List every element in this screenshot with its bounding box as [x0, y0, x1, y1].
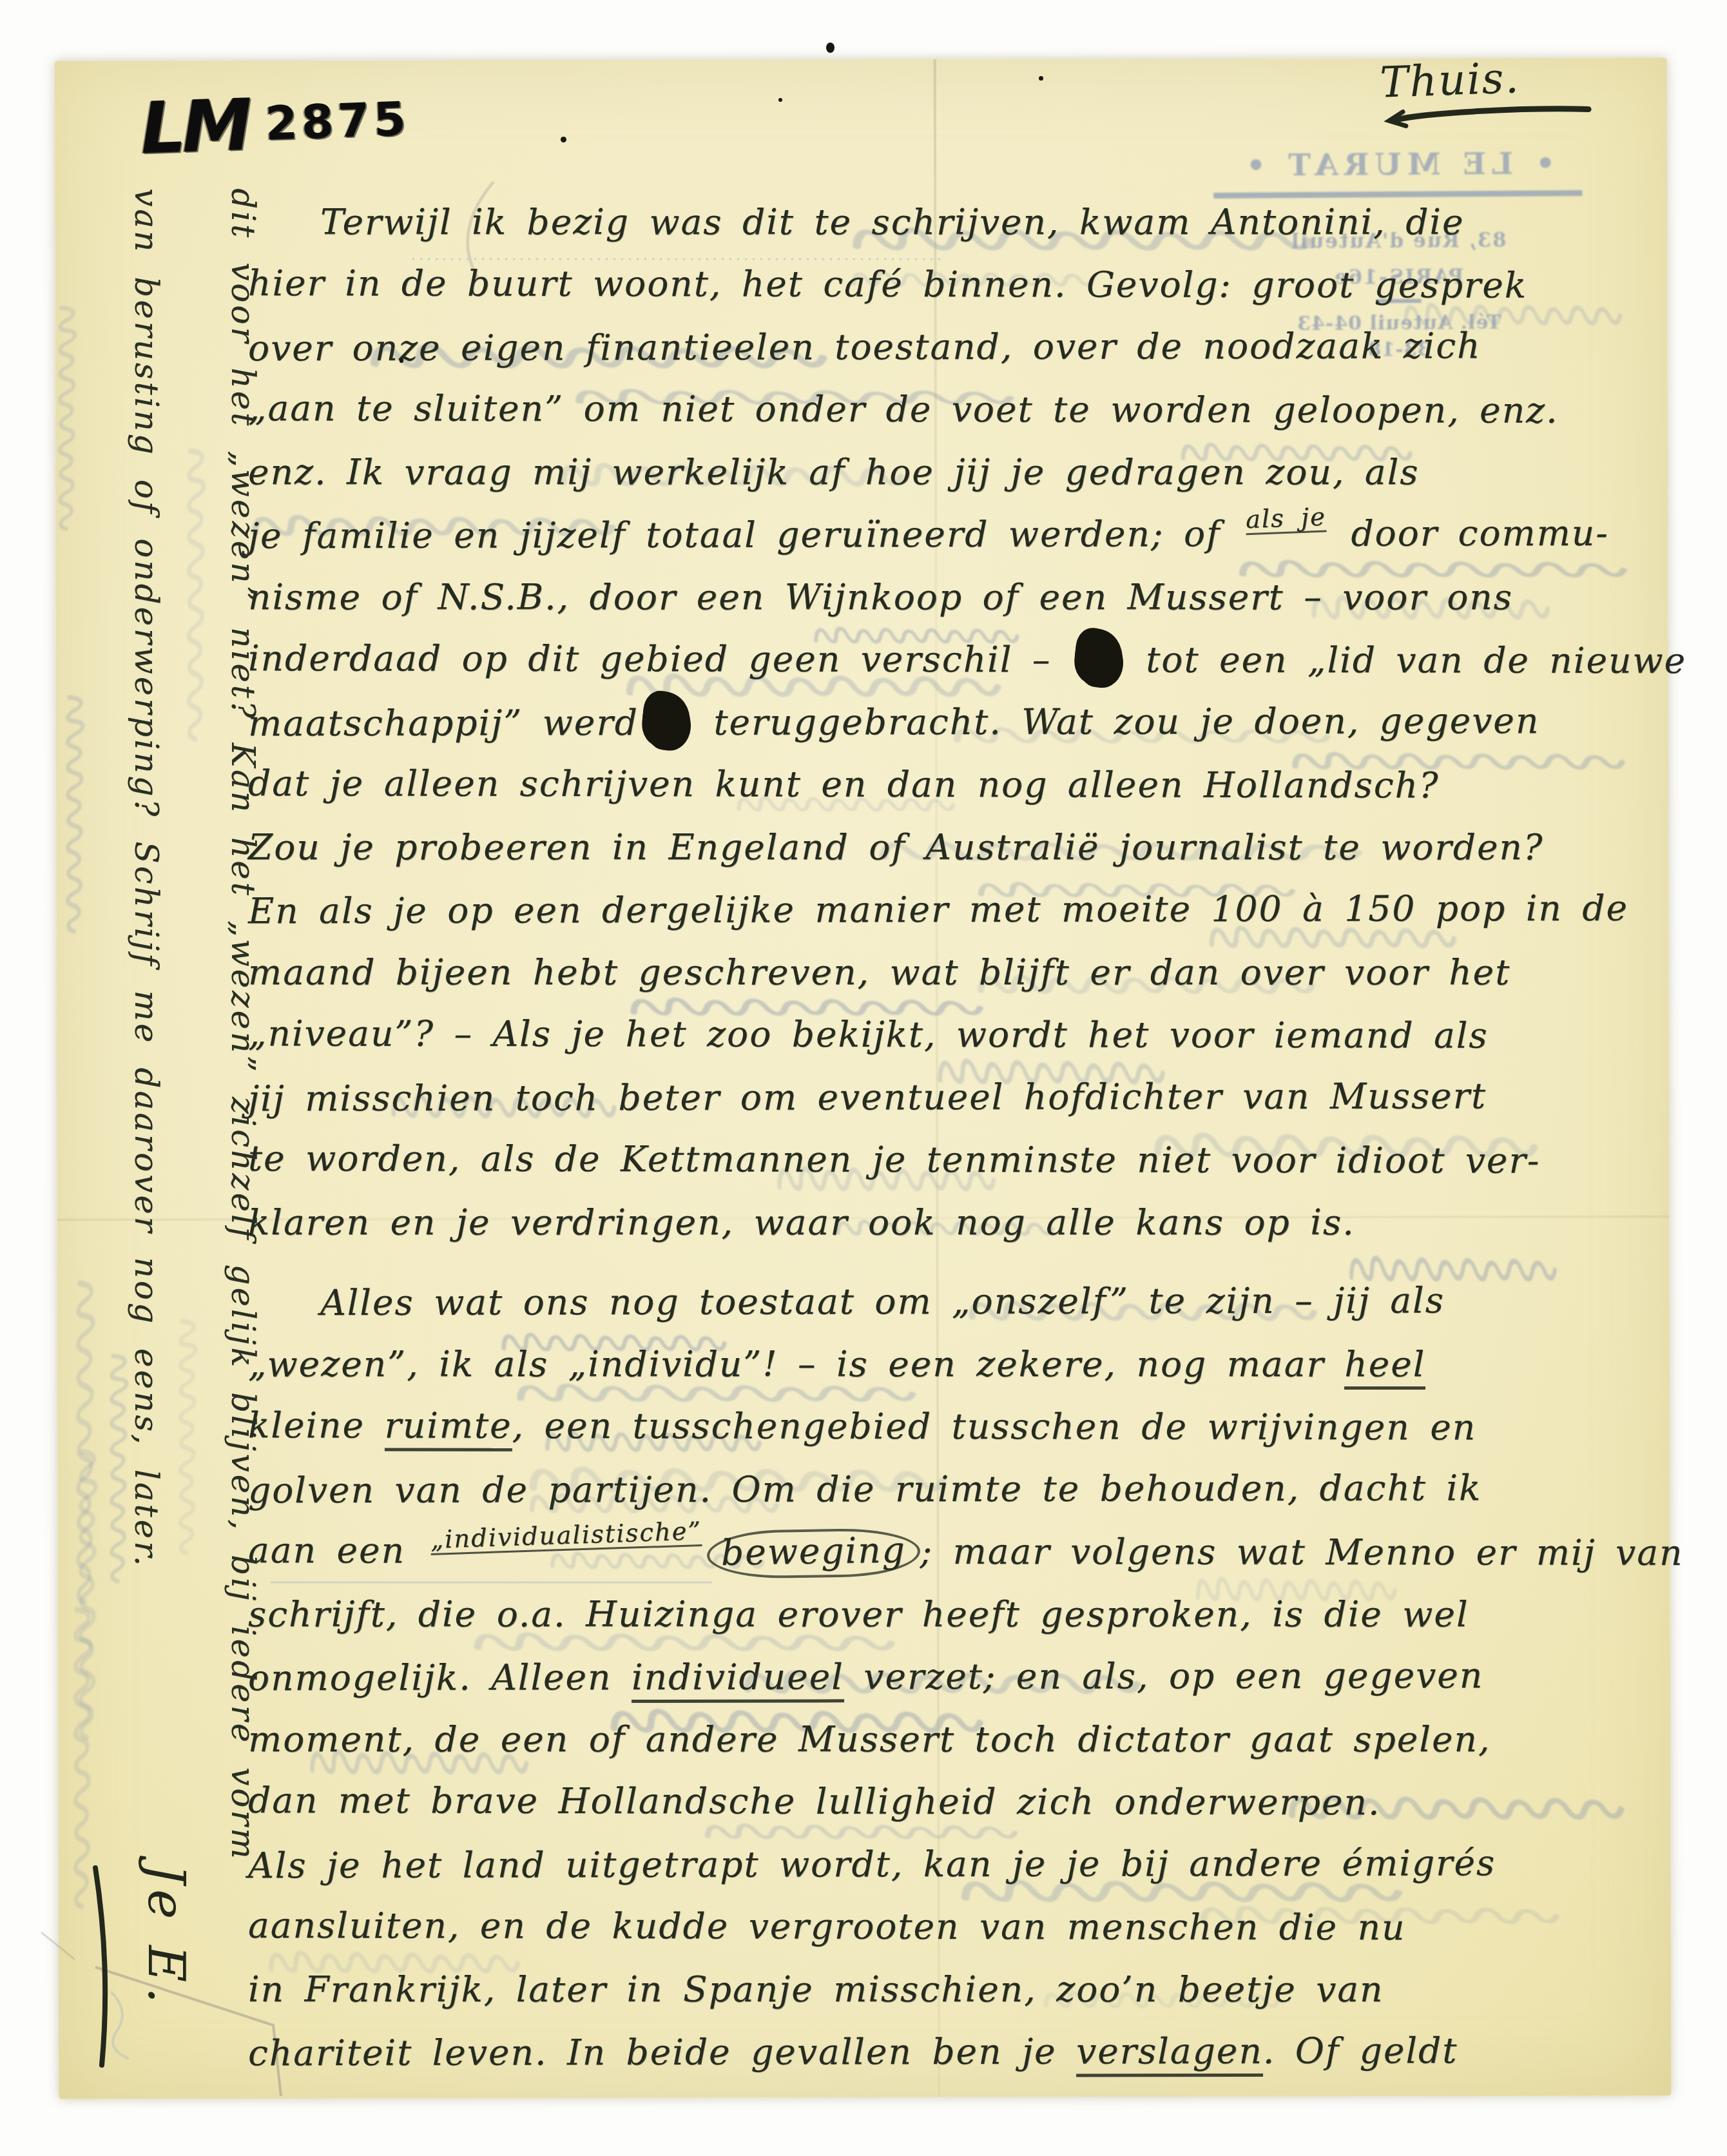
handwritten-line: nisme of N.S.B., door een Wijnkoop of ee…: [248, 566, 1646, 628]
word-segment: schrijft, die o.a. Huizinga erover heeft…: [248, 1593, 1469, 1635]
handwritten-line: maand bijeen hebt geschreven, wat blijft…: [248, 941, 1646, 1004]
handwritten-line: Als je het land uitgetrapt wordt, kan je…: [248, 1832, 1646, 1898]
interlinear-insertion: als je: [1245, 505, 1326, 535]
word-segment: chariteit leven. In beide gevallen ben j…: [248, 2031, 1076, 2074]
word-segment: aansluiten, en de kudde vergrooten van m…: [248, 1905, 1406, 1948]
handwritten-line: chariteit leven. In beide gevallen ben j…: [248, 2019, 1646, 2085]
margin-note: dit voor het „wezen” niet? Kan het „weze…: [98, 188, 291, 1861]
word-segment: Als je het land uitgetrapt wordt, kan je…: [248, 1842, 1496, 1886]
ink-speck: [400, 358, 403, 363]
word-segment: Terwijl ik bezig was dit te schrijven, k…: [320, 201, 1464, 242]
handwritten-line: golven van de partijen. Om die ruimte te…: [248, 1457, 1646, 1522]
word-segment: klaren en je verdringen, waar ook nog al…: [248, 1201, 1355, 1243]
word-segment: inderdaad op dit gebied geen verschil –: [248, 637, 1071, 680]
handwritten-line: aan een „individualistische”beweging; ma…: [248, 1519, 1646, 1584]
letter-body: Terwijl ik bezig was dit te schrijven, k…: [248, 191, 1646, 2083]
letterhead-bullet-right: •: [1240, 148, 1266, 183]
handwritten-line: Alles wat ons nog toestaat om „onszelf” …: [248, 1269, 1646, 1335]
word-segment: golven van de partijen. Om die ruimte te…: [248, 1467, 1481, 1511]
word-segment: moment, de een of andere Mussert toch di…: [248, 1718, 1491, 1760]
circled-word: beweging: [706, 1528, 920, 1579]
archive-stamp: LM2875: [139, 78, 411, 170]
word-segment: En als je op een dergelijke manier met m…: [248, 888, 1628, 931]
handwritten-line: „niveau”? – Als je het zoo bekijkt, word…: [248, 1002, 1646, 1067]
word-segment: „wezen”, ik als „individu”! – is een zek…: [248, 1343, 1344, 1384]
underlined-word: ruimte: [384, 1404, 512, 1451]
ink-blot: [1072, 627, 1125, 687]
word-segment: door commu-: [1331, 512, 1609, 554]
handwritten-line: over onze eigen finantieelen toestand, o…: [248, 315, 1646, 380]
handwritten-line: kleine ruimte, een tusschengebied tussch…: [248, 1394, 1646, 1459]
word-segment: in Frankrijk, later in Spanje misschien,…: [248, 1968, 1384, 2010]
handwritten-line: schrijft, die o.a. Huizinga erover heeft…: [248, 1583, 1646, 1646]
word-segment: hier in de buurt woont, het café binnen.…: [248, 262, 1527, 306]
handwritten-line: aansluiten, en de kudde vergrooten van m…: [248, 1894, 1646, 1959]
handwritten-line: in Frankrijk, later in Spanje misschien,…: [248, 1958, 1646, 2021]
handwritten-line: onmogelijk. Alleen individueel verzet; e…: [248, 1644, 1646, 1710]
word-segment: enz. Ik vraag mij werkelijk af hoe jij j…: [248, 451, 1419, 492]
word-segment: „niveau”? – Als je het zoo bekijkt, word…: [248, 1013, 1489, 1056]
signature-text: Je E.: [137, 1864, 195, 2070]
ink-speck: [561, 137, 566, 142]
word-segment: , een tusschengebied tusschen de wrijvin…: [512, 1405, 1477, 1448]
letterhead-name: LE MURAT: [1282, 146, 1514, 183]
handwritten-line: klaren en je verdringen, waar ook nog al…: [248, 1191, 1646, 1254]
place-note: Thuis.: [1379, 50, 1594, 130]
handwritten-line: „wezen”, ik als „individu”! – is een zek…: [248, 1333, 1646, 1395]
handwritten-line: moment, de een of andere Mussert toch di…: [248, 1708, 1646, 1771]
stamp-monogram: LM: [139, 83, 250, 170]
letterhead-name-row: • LE MURAT •: [1210, 146, 1586, 184]
signature: Je E.: [84, 1864, 195, 2070]
handwritten-line: enz. Ik vraag mij werkelijk af hoe jij j…: [248, 441, 1646, 503]
handwritten-line: Zou je probeeren in Engeland of Australi…: [248, 816, 1646, 879]
word-segment: Zou je probeeren in Engeland of Australi…: [248, 826, 1543, 868]
word-segment: onmogelijk. Alleen: [248, 1656, 632, 1698]
word-segment: Alles wat ons nog toestaat om „onszelf” …: [320, 1279, 1445, 1323]
word-segment: over onze eigen finantieelen toestand, o…: [248, 325, 1481, 369]
letterhead-bullet-left: •: [1530, 146, 1555, 181]
scan-background: • LE MURAT • 83, Rue d'Auteuil PARIS-16e…: [0, 0, 1727, 2156]
underlined-word: individueel: [632, 1656, 844, 1703]
handwritten-line: Terwijl ik bezig was dit te schrijven, k…: [248, 191, 1646, 253]
handwritten-line: dan met brave Hollandsche lulligheid zic…: [248, 1769, 1646, 1834]
word-segment: . Of geldt: [1263, 2030, 1458, 2072]
ink-speck: [778, 98, 782, 102]
handwritten-line: hier in de buurt woont, het café binnen.…: [248, 252, 1646, 317]
handwritten-line: „aan te sluiten” om niet onder de voet t…: [248, 377, 1646, 442]
underlined-word: heel: [1344, 1343, 1425, 1390]
word-segment: „aan te sluiten” om niet onder de voet t…: [248, 387, 1559, 431]
place-note-text: Thuis.: [1379, 53, 1521, 108]
word-segment: maatschappij” werd: [248, 702, 639, 744]
word-segment: maand bijeen hebt geschreven, wat blijft…: [248, 951, 1510, 993]
handwritten-line: te worden, als de Kettmannen je tenminst…: [248, 1127, 1646, 1192]
ink-blot: [640, 690, 693, 750]
word-segment: tot een „lid van de nieuwe: [1126, 639, 1686, 681]
word-segment: te worden, als de Kettmannen je tenminst…: [248, 1138, 1540, 1181]
word-segment: nisme of N.S.B., door een Wijnkoop of ee…: [248, 576, 1513, 617]
margin-note-line-2: van berusting of onderwerping? Schrijf m…: [98, 188, 195, 1861]
word-segment: dan met brave Hollandsche lulligheid zic…: [248, 1780, 1381, 1823]
word-segment: verzet; en als, op een gegeven: [844, 1655, 1484, 1697]
stamp-number: 2875: [264, 92, 410, 151]
word-segment: jij misschien toch beter om eventueel ho…: [248, 1075, 1487, 1119]
handwritten-line: maatschappij” werd teruggebracht. Wat zo…: [248, 690, 1646, 755]
margin-note-line-1: dit voor het „wezen” niet? Kan het „weze…: [195, 188, 291, 1861]
handwritten-line: je familie en jijzelf totaal geruïneerd …: [248, 502, 1646, 568]
handwritten-line: En als je op een dergelijke manier met m…: [248, 877, 1646, 943]
interlinear-insertion: „individualistische”: [430, 1519, 702, 1555]
ink-speck: [1039, 76, 1043, 81]
word-segment: dat je alleen schrijven kunt en dan nog …: [248, 762, 1440, 806]
underlined-word: verslagen: [1076, 2030, 1263, 2077]
handwritten-line: dat je alleen schrijven kunt en dan nog …: [248, 752, 1646, 817]
signature-flourish: [86, 1864, 112, 2070]
word-segment: je familie en jijzelf totaal geruïneerd …: [248, 513, 1240, 556]
word-segment: ; maar volgens wat Menno er mij van: [920, 1531, 1683, 1573]
handwritten-line: jij misschien toch beter om eventueel ho…: [248, 1065, 1646, 1131]
word-segment: teruggebracht. Wat zou je doen, gegeven: [694, 700, 1540, 743]
ink-speck: [826, 43, 835, 53]
handwritten-line: inderdaad op dit gebied geen verschil – …: [248, 627, 1646, 692]
